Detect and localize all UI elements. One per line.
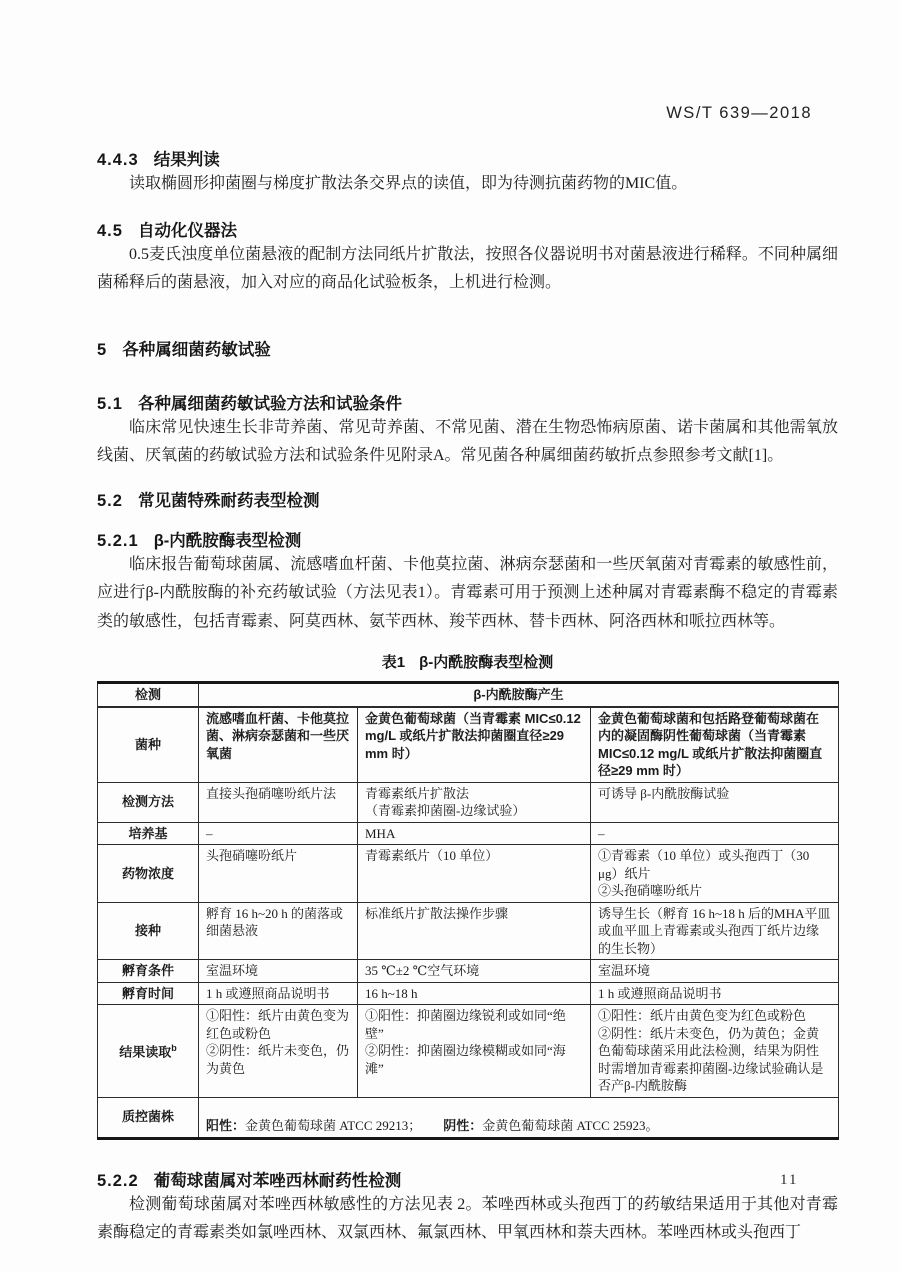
row-label: 孵育条件 (98, 960, 199, 983)
section-heading-4-5: 4.5 自动化仪器法 (97, 217, 838, 241)
cell-inoculation-1: 孵育 16 h~20 h 的菌落或细菌悬液 (199, 902, 358, 960)
section-title: 结果判读 (154, 146, 220, 170)
section-number: 4.4.3 (97, 151, 139, 170)
row-label: 结果读取b (98, 1005, 199, 1098)
document-page: WS/T 639—2018 4.4.3 结果判读 读取椭圆形抑菌圈与梯度扩散法条… (0, 0, 900, 1272)
section-heading-5-1: 5.1 各种属细菌药敏试验方法和试验条件 (97, 390, 838, 414)
row-label: 药物浓度 (98, 845, 199, 903)
section-title: 葡萄球菌属对苯唑西林耐药性检测 (154, 1167, 402, 1191)
section-title: 自动化仪器法 (138, 217, 237, 241)
table1-caption-title: β-内酰胺酶表型检测 (419, 654, 553, 671)
cell-strain-2: 金黄色葡萄球菌（当青霉素 MIC≤0.12 mg/L 或纸片扩散法抑菌圈直径≥2… (358, 707, 591, 783)
paragraph-4-5: 0.5麦氏浊度单位菌悬液的配制方法同纸片扩散法，按照各仪器说明书对菌悬液进行稀释… (97, 241, 838, 298)
table-row-medium: 培养基 – MHA – (98, 822, 839, 845)
row-label: 孵育时间 (98, 982, 199, 1005)
qc-positive-label: 阳性： (206, 1118, 245, 1133)
section-heading-5-2-2: 5.2.2 葡萄球菌属对苯唑西林耐药性检测 (97, 1167, 838, 1191)
row-label: 质控菌株 (98, 1097, 199, 1138)
section-title: β-内酰胺酶表型检测 (154, 527, 302, 551)
doc-code: WS/T 639—2018 (97, 104, 838, 123)
section-title: 各种属细菌药敏试验 (122, 336, 271, 360)
section-title: 常见菌特殊耐药表型检测 (138, 487, 320, 511)
row-label: 培养基 (98, 822, 199, 845)
table-row-incubation-time: 孵育时间 1 h 或遵照商品说明书 16 h~18 h 1 h 或遵照商品说明书 (98, 982, 839, 1005)
cell-medium-3: – (591, 822, 839, 845)
page-number: 11 (780, 1172, 798, 1189)
paragraph-5-2-1: 临床报告葡萄球菌属、流感嗜血杆菌、卡他莫拉菌、淋病奈瑟菌和一些厌氧菌对青霉素的敏… (97, 551, 838, 637)
table-row-qc-strain: 质控菌株 阳性：金黄色葡萄球菌 ATCC 29213；阴性：金黄色葡萄球菌 AT… (98, 1097, 839, 1138)
row-label: 接种 (98, 902, 199, 960)
section-heading-5-2: 5.2 常见菌特殊耐药表型检测 (97, 487, 838, 511)
qc-positive-value: 金黄色葡萄球菌 ATCC 29213； (245, 1118, 421, 1133)
section-number: 5.2.2 (97, 1172, 139, 1191)
section-number: 5.2 (97, 492, 123, 511)
cell-method-2: 青霉素纸片扩散法 （青霉素抑菌圈-边缘试验） (358, 782, 591, 822)
table1-beta-lactamase: 检测 β-内酰胺酶产生 菌种 流感嗜血杆菌、卡他莫拉菌、淋病奈瑟菌和一些厌氧菌 … (97, 681, 839, 1140)
table-row-incubation-condition: 孵育条件 室温环境 35 ℃±2 ℃空气环境 室温环境 (98, 960, 839, 983)
row-label: 菌种 (98, 707, 199, 783)
section-heading-5-2-1: 5.2.1 β-内酰胺酶表型检测 (97, 527, 838, 551)
qc-negative-value: 金黄色葡萄球菌 ATCC 25923。 (482, 1118, 658, 1133)
cell-inoculation-3: 诱导生长（孵育 16 h~18 h 后的MHA平皿或血平皿上青霉素或头孢西丁纸片… (591, 902, 839, 960)
table1-caption-number: 表1 (382, 654, 405, 671)
cell-drug-3: ①青霉素（10 单位）或头孢西丁（30 μg）纸片 ②头孢硝噻吩纸片 (591, 845, 839, 903)
section-title: 各种属细菌药敏试验方法和试验条件 (138, 390, 402, 414)
paragraph-4-4-3: 读取椭圆形抑菌圈与梯度扩散法条交界点的读值，即为待测抗菌药物的MIC值。 (97, 170, 838, 199)
cell-qc: 阳性：金黄色葡萄球菌 ATCC 29213；阴性：金黄色葡萄球菌 ATCC 25… (199, 1097, 839, 1138)
paragraph-5-2-2: 检测葡萄球菌属对苯唑西林敏感性的方法见表 2。苯唑西林或头孢西丁的药敏结果适用于… (97, 1191, 838, 1248)
table-row-method: 检测方法 直接头孢硝噻吩纸片法 青霉素纸片扩散法 （青霉素抑菌圈-边缘试验） 可… (98, 782, 839, 822)
cell-condition-2: 35 ℃±2 ℃空气环境 (358, 960, 591, 983)
paragraph-5-1: 临床常见快速生长非苛养菌、常见苛养菌、不常见菌、潜在生物恐怖病原菌、诺卡菌属和其… (97, 414, 838, 471)
cell-method-3: 可诱导 β-内酰胺酶试验 (591, 782, 839, 822)
cell-time-2: 16 h~18 h (358, 982, 591, 1005)
cell-condition-1: 室温环境 (199, 960, 358, 983)
table-row-inoculation: 接种 孵育 16 h~20 h 的菌落或细菌悬液 标准纸片扩散法操作步骤 诱导生… (98, 902, 839, 960)
section-number: 5.1 (97, 395, 123, 414)
section-number: 5.2.1 (97, 532, 139, 551)
table-row-drug-concentration: 药物浓度 头孢硝噻吩纸片 青霉素纸片（10 单位） ①青霉素（10 单位）或头孢… (98, 845, 839, 903)
footnote-marker-b: b (171, 1043, 177, 1053)
cell-result-1: ①阳性：纸片由黄色变为红色或粉色 ②阴性：纸片未变色，仍为黄色 (199, 1005, 358, 1098)
table-row-strain: 菌种 流感嗜血杆菌、卡他莫拉菌、淋病奈瑟菌和一些厌氧菌 金黄色葡萄球菌（当青霉素… (98, 707, 839, 783)
cell-strain-3: 金黄色葡萄球菌和包括路登葡萄球菌在内的凝固酶阴性葡萄球菌（当青霉素 MIC≤0.… (591, 707, 839, 783)
cell-condition-3: 室温环境 (591, 960, 839, 983)
cell-medium-2: MHA (358, 822, 591, 845)
cell-result-2: ①阳性：抑菌圈边缘锐利或如同“绝壁” ②阴性：抑菌圈边缘模糊或如同“海滩” (358, 1005, 591, 1098)
table-span-header: β-内酰胺酶产生 (199, 683, 839, 707)
table1-caption: 表1β-内酰胺酶表型检测 (97, 651, 838, 672)
section-number: 5 (97, 341, 107, 360)
row-label: 检测方法 (98, 782, 199, 822)
cell-result-3: ①阳性：纸片由黄色变为红色或粉色 ②阴性：纸片未变色，仍为黄色；金黄色葡萄球菌采… (591, 1005, 839, 1098)
qc-negative-label: 阴性： (443, 1118, 482, 1133)
table-row-result-reading: 结果读取b ①阳性：纸片由黄色变为红色或粉色 ②阴性：纸片未变色，仍为黄色 ①阳… (98, 1005, 839, 1098)
table-row-detection: 检测 β-内酰胺酶产生 (98, 683, 839, 707)
cell-strain-1: 流感嗜血杆菌、卡他莫拉菌、淋病奈瑟菌和一些厌氧菌 (199, 707, 358, 783)
cell-method-1: 直接头孢硝噻吩纸片法 (199, 782, 358, 822)
cell-drug-1: 头孢硝噻吩纸片 (199, 845, 358, 903)
cell-time-1: 1 h 或遵照商品说明书 (199, 982, 358, 1005)
cell-drug-2: 青霉素纸片（10 单位） (358, 845, 591, 903)
table-corner-label: 检测 (98, 683, 199, 707)
section-number: 4.5 (97, 222, 123, 241)
section-heading-4-4-3: 4.4.3 结果判读 (97, 146, 838, 170)
cell-inoculation-2: 标准纸片扩散法操作步骤 (358, 902, 591, 960)
cell-medium-1: – (199, 822, 358, 845)
row-label-text: 结果读取 (119, 1045, 171, 1060)
chapter-heading-5: 5 各种属细菌药敏试验 (97, 336, 838, 360)
cell-time-3: 1 h 或遵照商品说明书 (591, 982, 839, 1005)
